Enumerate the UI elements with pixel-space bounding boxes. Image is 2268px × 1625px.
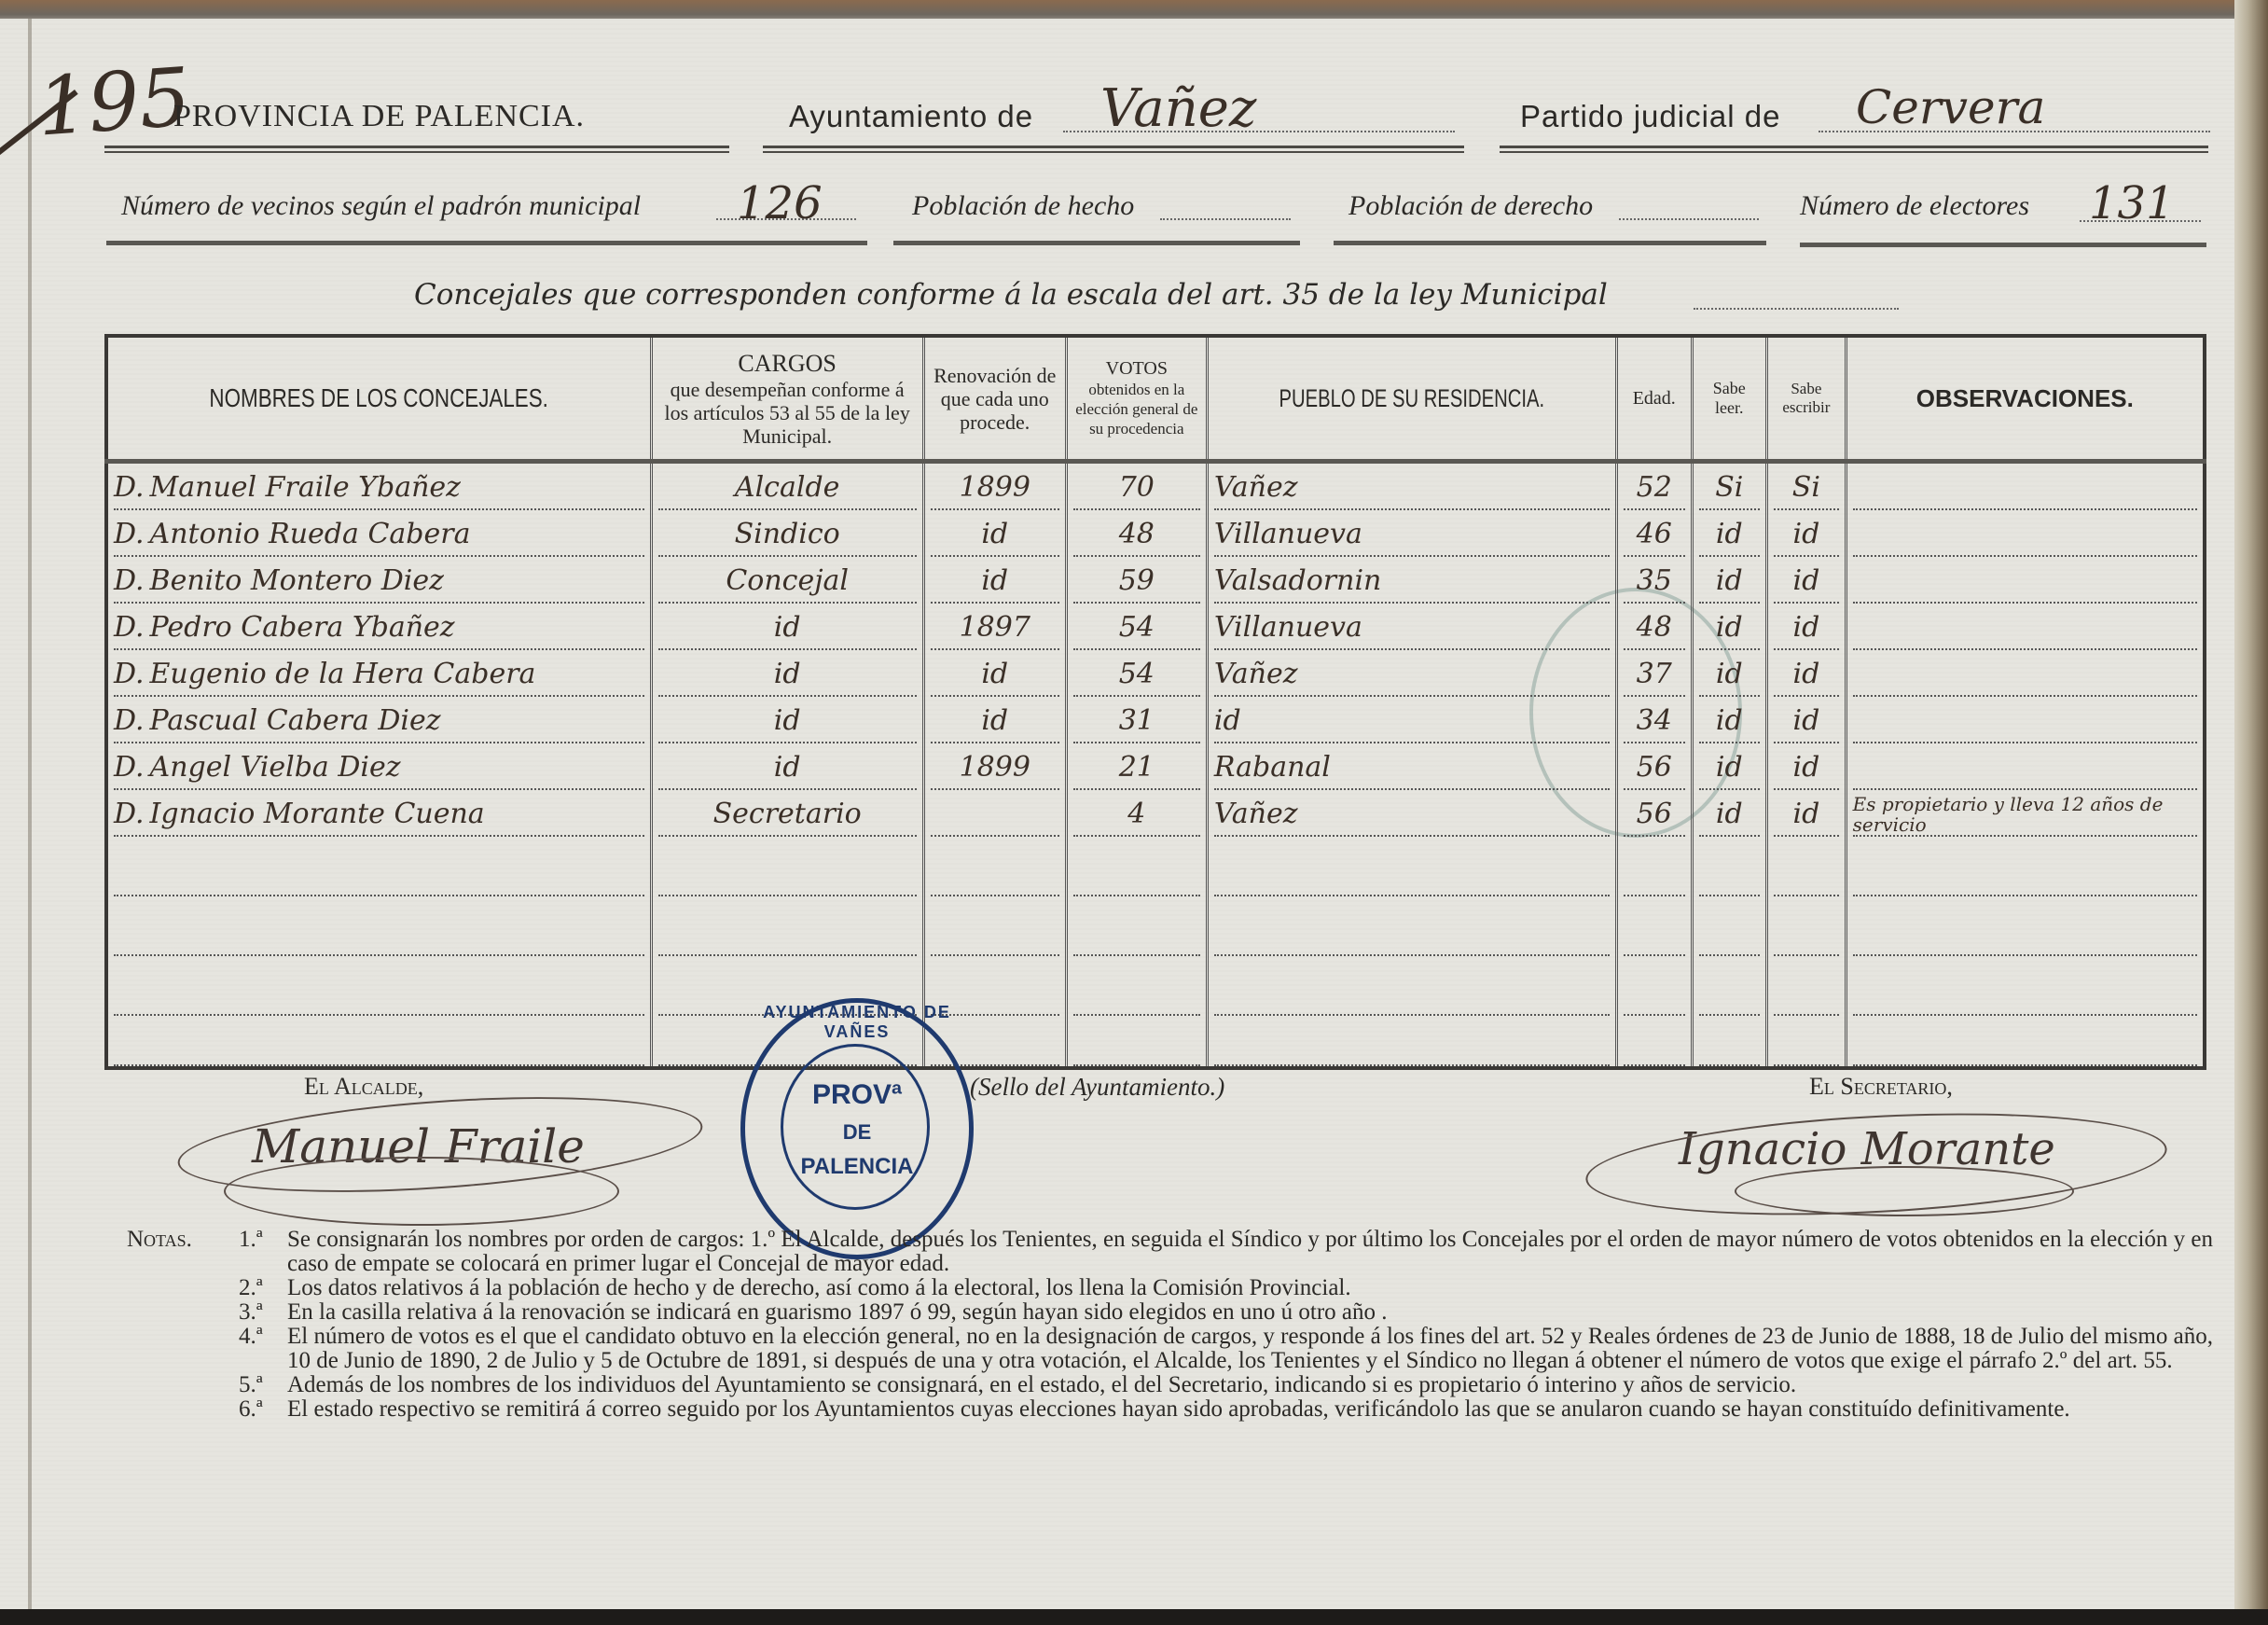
table-row: D.Pedro Cabera Ybañez id 1897 54 Villanu… — [106, 604, 2205, 650]
seal-line-1: PROVª — [745, 1079, 969, 1111]
name-prefix: D. — [114, 704, 145, 737]
notes-section: Notas. 1.ª Se consignarán los nombres po… — [127, 1228, 2216, 1422]
vecinos-value: 126 — [737, 177, 823, 229]
alcalde-signature-flourish — [224, 1157, 619, 1226]
cell-renovacion: 1899 — [923, 462, 1066, 511]
book-bottom-edge — [0, 1609, 2268, 1625]
councillor-name: Pascual Cabera Diez — [150, 704, 441, 737]
note-text: El número de votos es el que el candidat… — [287, 1325, 2216, 1373]
subtitle-field-line — [1694, 308, 1899, 310]
cell-leer: id — [1692, 650, 1767, 697]
cell-pueblo: id — [1207, 697, 1616, 743]
note-number: 1.ª — [239, 1228, 287, 1276]
partido-value: Cervera — [1856, 80, 2045, 134]
cell-name: D.Angel Vielba Diez — [106, 743, 651, 790]
note-item: 3.ª En la casilla relativa á la renovaci… — [127, 1300, 2216, 1325]
alcalde-label: El Alcalde, — [304, 1073, 423, 1101]
seal-line-3: PALENCIA — [745, 1154, 969, 1180]
electores-value: 131 — [2089, 177, 2175, 229]
vecinos-label: Número de vecinos según el padrón munici… — [121, 190, 641, 222]
table-row: D.Pascual Cabera Diez id id 31 id 34 id … — [106, 697, 2205, 743]
cell-observaciones — [1846, 650, 2205, 697]
col-header-pueblo: PUEBLO DE SU RESIDENCIA. — [1207, 336, 1616, 462]
poblacion-hecho-field — [1160, 218, 1291, 220]
cell-votos: 31 — [1066, 697, 1207, 743]
cell-leer: id — [1692, 697, 1767, 743]
cell-cargo: Secretario — [651, 790, 923, 837]
note-item: Notas. 1.ª Se consignarán los nombres po… — [127, 1228, 2216, 1276]
table-row-empty — [106, 896, 2205, 956]
table-row-empty — [106, 956, 2205, 1016]
name-prefix: D. — [114, 471, 145, 504]
seal-line-2: DE — [745, 1120, 969, 1145]
notes-label: Notas. — [127, 1228, 239, 1276]
cell-cargo: id — [651, 697, 923, 743]
cell-votos: 70 — [1066, 462, 1207, 511]
councillor-name: Ignacio Morante Cuena — [150, 798, 485, 830]
cell-edad: 35 — [1616, 557, 1692, 604]
secretario-signature-flourish — [1735, 1166, 2074, 1216]
cell-name: D.Pedro Cabera Ybañez — [106, 604, 651, 650]
col-header-cargos: CARGOS que desempeñan conforme á los art… — [651, 336, 923, 462]
cell-renovacion: id — [923, 697, 1066, 743]
cargos-subtitle: que desempeñan conforme á los artículos … — [657, 378, 919, 448]
concejales-table: NOMBRES DE LOS CONCEJALES. CARGOS que de… — [104, 334, 2206, 1070]
cell-escribir: id — [1767, 743, 1846, 790]
cell-leer: id — [1692, 510, 1767, 557]
cell-observaciones: Es propietario y lleva 12 años de servic… — [1846, 790, 2205, 837]
note-text: Los datos relativos á la población de he… — [287, 1276, 1351, 1300]
cell-observaciones — [1846, 557, 2205, 604]
cell-pueblo: Rabanal — [1207, 743, 1616, 790]
header-rule — [763, 146, 1464, 153]
cell-votos: 48 — [1066, 510, 1207, 557]
table-row: D.Eugenio de la Hera Cabera id id 54 Vañ… — [106, 650, 2205, 697]
cell-pueblo: Valsadornin — [1207, 557, 1616, 604]
stats-rule — [106, 241, 867, 245]
note-text: Además de los nombres de los individuos … — [287, 1373, 1796, 1397]
cell-leer: Si — [1692, 462, 1767, 511]
secretario-label: El Secretario, — [1809, 1073, 1953, 1101]
cell-renovacion — [923, 790, 1066, 837]
book-right-edge — [2234, 0, 2268, 1625]
table-row-empty — [106, 837, 2205, 896]
header-rule — [104, 146, 729, 153]
cell-cargo: id — [651, 650, 923, 697]
cell-escribir: id — [1767, 697, 1846, 743]
table-row: D.Antonio Rueda Cabera Sindico id 48 Vil… — [106, 510, 2205, 557]
table-row: D.Ignacio Morante Cuena Secretario 4 Vañ… — [106, 790, 2205, 837]
note-text: El estado respectivo se remitirá á corre… — [287, 1397, 2070, 1422]
ayuntamiento-label: Ayuntamiento de — [789, 99, 1033, 134]
cell-observaciones — [1846, 697, 2205, 743]
cell-votos: 54 — [1066, 650, 1207, 697]
councillor-name: Angel Vielba Diez — [150, 751, 401, 784]
cell-votos: 4 — [1066, 790, 1207, 837]
note-item: 2.ª Los datos relativos á la población d… — [127, 1276, 2216, 1300]
ayuntamiento-value: Vañez — [1100, 78, 1256, 139]
partido-label: Partido judicial de — [1520, 99, 1781, 134]
note-item: 4.ª El número de votos es el que el cand… — [127, 1325, 2216, 1373]
cell-name: D.Manuel Fraile Ybañez — [106, 462, 651, 511]
cell-cargo: id — [651, 743, 923, 790]
electores-label: Número de electores — [1800, 190, 2029, 222]
stats-rule — [1334, 241, 1766, 245]
cell-leer: id — [1692, 790, 1767, 837]
header-rule — [1500, 146, 2208, 153]
cell-cargo: Sindico — [651, 510, 923, 557]
name-prefix: D. — [114, 658, 145, 690]
col-header-votos: VOTOS obtenidos en la elección general d… — [1066, 336, 1207, 462]
cell-leer: id — [1692, 604, 1767, 650]
col-header-edad: Edad. — [1616, 336, 1692, 462]
cell-edad: 52 — [1616, 462, 1692, 511]
cell-edad: 46 — [1616, 510, 1692, 557]
cell-name: D.Eugenio de la Hera Cabera — [106, 650, 651, 697]
col-header-sabe-escribir: Sabe escribir — [1767, 336, 1846, 462]
note-text: En la casilla relativa á la renovación s… — [287, 1300, 1388, 1325]
cell-renovacion: 1897 — [923, 604, 1066, 650]
page-gutter — [28, 19, 32, 1616]
cell-name: D.Pascual Cabera Diez — [106, 697, 651, 743]
ayuntamiento-seal: AYUNTAMIENTO DE VAÑES PROVª DE PALENCIA — [740, 998, 974, 1259]
note-number: 4.ª — [239, 1325, 287, 1373]
cell-observaciones — [1846, 743, 2205, 790]
note-number: 3.ª — [239, 1300, 287, 1325]
cell-pueblo: Vañez — [1207, 650, 1616, 697]
name-prefix: D. — [114, 751, 145, 784]
cell-observaciones — [1846, 462, 2205, 511]
cell-renovacion: 1899 — [923, 743, 1066, 790]
table-header-row: NOMBRES DE LOS CONCEJALES. CARGOS que de… — [106, 336, 2205, 462]
cell-pueblo: Villanueva — [1207, 604, 1616, 650]
cell-pueblo: Vañez — [1207, 790, 1616, 837]
cell-edad: 56 — [1616, 790, 1692, 837]
cell-edad: 34 — [1616, 697, 1692, 743]
councillor-name: Manuel Fraile Ybañez — [150, 471, 461, 504]
col-header-nombres: NOMBRES DE LOS CONCEJALES. — [106, 336, 651, 462]
stats-rule — [893, 241, 1300, 245]
col-header-sabe-leer: Sabe leer. — [1692, 336, 1767, 462]
cell-renovacion: id — [923, 510, 1066, 557]
cell-leer: id — [1692, 557, 1767, 604]
votos-subtitle: obtenidos en la elección general de su p… — [1072, 380, 1202, 438]
stats-rule — [1800, 243, 2206, 247]
cell-pueblo: Vañez — [1207, 462, 1616, 511]
cell-pueblo: Villanueva — [1207, 510, 1616, 557]
cell-observaciones — [1846, 604, 2205, 650]
seal-ring-text: AYUNTAMIENTO DE VAÑES — [745, 1003, 969, 1042]
col-header-observaciones: OBSERVACIONES. — [1846, 336, 2205, 462]
cell-cargo: Concejal — [651, 557, 923, 604]
cell-votos: 59 — [1066, 557, 1207, 604]
councillor-name: Benito Montero Diez — [150, 564, 444, 597]
cell-escribir: id — [1767, 510, 1846, 557]
cell-name: D.Benito Montero Diez — [106, 557, 651, 604]
note-text: Se consignarán los nombres por orden de … — [287, 1228, 2216, 1276]
cell-cargo: Alcalde — [651, 462, 923, 511]
cell-name: D.Ignacio Morante Cuena — [106, 790, 651, 837]
councillor-name: Antonio Rueda Cabera — [150, 518, 471, 550]
table-row: D.Benito Montero Diez Concejal id 59 Val… — [106, 557, 2205, 604]
cell-observaciones — [1846, 510, 2205, 557]
votos-title: VOTOS — [1072, 358, 1202, 380]
cell-escribir: id — [1767, 790, 1846, 837]
cell-edad: 56 — [1616, 743, 1692, 790]
name-prefix: D. — [114, 564, 145, 597]
councillor-name: Pedro Cabera Ybañez — [150, 611, 455, 644]
cell-renovacion: id — [923, 650, 1066, 697]
table-row: D.Angel Vielba Diez id 1899 21 Rabanal 5… — [106, 743, 2205, 790]
province-title: PROVINCIA DE PALENCIA. — [173, 99, 585, 134]
col-header-renovacion: Renovación de que cada uno procede. — [923, 336, 1066, 462]
cargos-title: CARGOS — [657, 350, 919, 378]
name-prefix: D. — [114, 611, 145, 644]
name-prefix: D. — [114, 798, 145, 830]
poblacion-hecho-label: Población de hecho — [912, 190, 1134, 222]
councillor-name: Eugenio de la Hera Cabera — [150, 658, 536, 690]
cell-escribir: id — [1767, 650, 1846, 697]
note-item: 6.ª El estado respectivo se remitirá á c… — [127, 1397, 2216, 1422]
note-number: 6.ª — [239, 1397, 287, 1422]
cell-votos: 54 — [1066, 604, 1207, 650]
cell-leer: id — [1692, 743, 1767, 790]
table-row-empty — [106, 1016, 2205, 1068]
note-number: 5.ª — [239, 1373, 287, 1397]
poblacion-derecho-label: Población de derecho — [1348, 190, 1593, 222]
note-number: 2.ª — [239, 1276, 287, 1300]
table-subtitle: Concejales que corresponden conforme á l… — [414, 278, 1608, 312]
name-prefix: D. — [114, 518, 145, 550]
note-item: 5.ª Además de los nombres de los individ… — [127, 1373, 2216, 1397]
sello-label: (Sello del Ayuntamiento.) — [970, 1073, 1224, 1102]
cell-escribir: id — [1767, 557, 1846, 604]
table-row: D.Manuel Fraile Ybañez Alcalde 1899 70 V… — [106, 462, 2205, 511]
cell-escribir: id — [1767, 604, 1846, 650]
cell-name: D.Antonio Rueda Cabera — [106, 510, 651, 557]
cell-votos: 21 — [1066, 743, 1207, 790]
cell-cargo: id — [651, 604, 923, 650]
cell-edad: 48 — [1616, 604, 1692, 650]
cell-escribir: Si — [1767, 462, 1846, 511]
poblacion-derecho-field — [1619, 218, 1759, 220]
cell-edad: 37 — [1616, 650, 1692, 697]
cell-renovacion: id — [923, 557, 1066, 604]
